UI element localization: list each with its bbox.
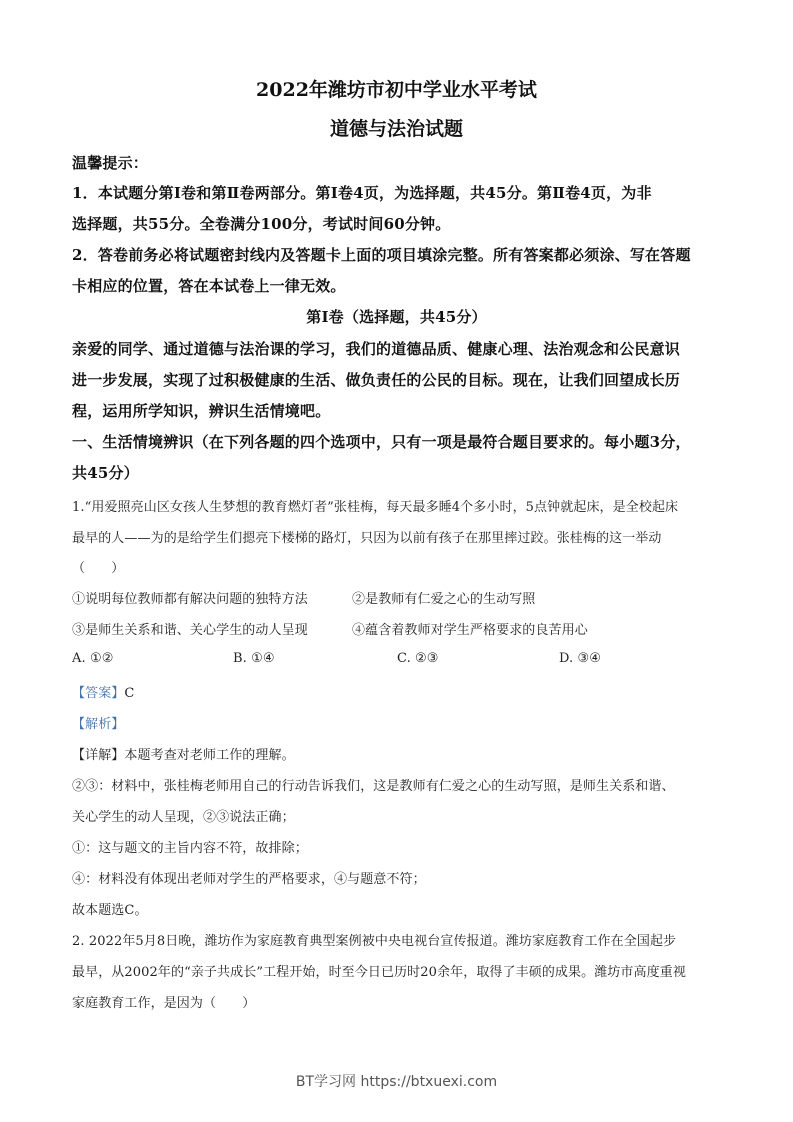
- statement-2: ②是教师有仁爱之心的生动写照: [352, 588, 535, 607]
- option-a: A. ①②: [72, 651, 113, 666]
- explanation-line-2: 关心学生的动人呈现，②③说法正确；: [72, 806, 722, 825]
- exam-title: 2022年潍坊市初中学业水平考试: [0, 75, 793, 102]
- detail-line: 【详解】本题考查对老师工作的理解。: [72, 744, 722, 763]
- explanation-line-4: ④：材料没有体现出老师对学生的严格要求，④与题意不符；: [72, 868, 722, 887]
- part-1-intro-line-2: 进一步发展，实现了过积极健康的生活、做负责任的公民的目标。现在，让我们回望成长历: [72, 369, 722, 390]
- part-1-heading: 第Ⅰ卷（选择题，共45分）: [0, 306, 793, 327]
- analysis-line: 【解析】: [72, 713, 722, 732]
- option-c: C. ②③: [397, 651, 439, 666]
- site-watermark: BT学习网 https://btxuexi.com: [0, 1071, 793, 1091]
- notice-item-1-line-2: 选择题，共55分。全卷满分100分，考试时间60分钟。: [72, 213, 722, 234]
- question-2-stem-line-1: 2. 2022年5月8日晚，潍坊作为家庭教育典型案例被中央电视台宣传报道。潍坊家…: [72, 930, 722, 949]
- option-b: B. ①④: [233, 651, 275, 666]
- notice-heading: 温馨提示：: [72, 152, 722, 173]
- question-2-stem-line-3: 家庭教育工作，是因为（ ）: [72, 992, 722, 1011]
- explanation-line-3: ①：这与题文的主旨内容不符，故排除；: [72, 837, 722, 856]
- part-1-intro-line-3: 程，运用所学知识，辨识生活情境吧。: [72, 400, 722, 421]
- question-1-stem-line-3: （ ）: [72, 557, 722, 576]
- analysis-tag: 【解析】: [72, 717, 124, 732]
- notice-item-2-line-1: 2．答卷前务必将试题密封线内及答题卡上面的项目填涂完整。所有答案都必须涂、写在答…: [72, 244, 722, 265]
- notice-item-2-line-2: 卡相应的位置，答在本试卷上一律无效。: [72, 275, 722, 296]
- section-1-heading-line-1: 一、生活情境辨识（在下列各题的四个选项中，只有一项是最符合题目要求的。每小题3分…: [72, 431, 722, 452]
- detail-intro: 本题考查对老师工作的理解。: [124, 748, 294, 763]
- question-2-stem-line-2: 最早，从2002年的“亲子共成长”工程开始，时至今日已历时20余年，取得了丰硕的…: [72, 961, 722, 980]
- detail-tag: 【详解】: [72, 748, 124, 763]
- statement-3: ③是师生关系和谐、关心学生的动人呈现: [72, 619, 308, 638]
- answer-value: C: [124, 686, 134, 701]
- option-d: D. ③④: [559, 651, 601, 666]
- question-1-stem-line-2: 最早的人——为的是给学生们摁亮下楼梯的路灯，只因为以前有孩子在那里摔过跤。张桂梅…: [72, 527, 722, 546]
- answer-tag: 【答案】: [72, 686, 124, 701]
- answer-line: 【答案】C: [72, 682, 722, 701]
- question-1-stem-line-1: 1.“用爱照亮山区女孩人生梦想的教育燃灯者”张桂梅，每天最多睡4个多小时，5点钟…: [72, 496, 722, 515]
- statement-4: ④蕴含着教师对学生严格要求的良苦用心: [352, 619, 588, 638]
- explanation-line-5: 故本题选C。: [72, 899, 722, 918]
- notice-item-1-line-1: 1．本试题分第Ⅰ卷和第Ⅱ卷两部分。第Ⅰ卷4页，为选择题，共45分。第Ⅱ卷4页，为…: [72, 182, 722, 203]
- statement-1: ①说明每位教师都有解决问题的独特方法: [72, 588, 308, 607]
- section-1-heading-line-2: 共45分）: [72, 462, 722, 483]
- exam-subtitle: 道德与法治试题: [0, 114, 793, 141]
- part-1-intro-line-1: 亲爱的同学、通过道德与法治课的学习，我们的道德品质、健康心理、法治观念和公民意识: [72, 338, 722, 359]
- explanation-line-1: ②③：材料中，张桂梅老师用自己的行动告诉我们，这是教师有仁爱之心的生动写照，是师…: [72, 775, 722, 794]
